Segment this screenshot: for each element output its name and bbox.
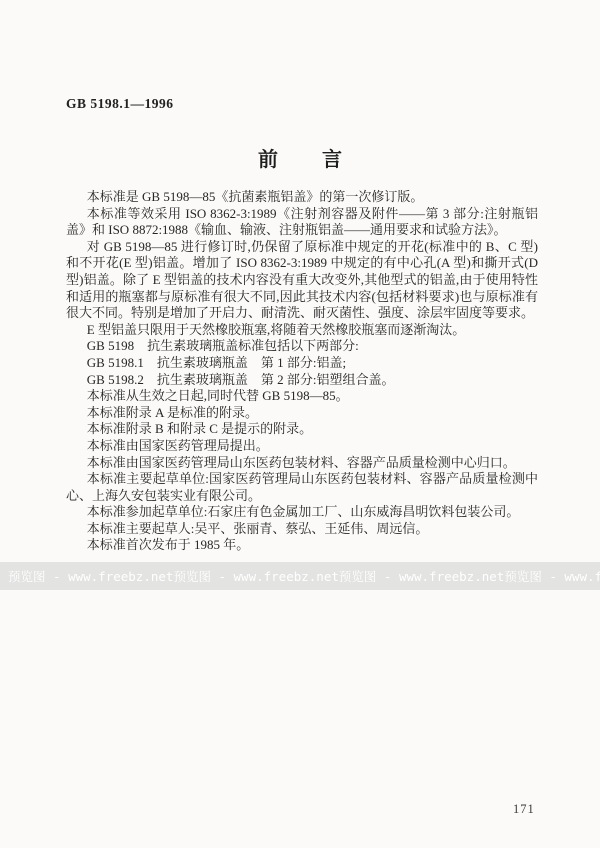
page-title: 前言 [0,143,600,172]
foreword-paragraph: 本标准附录 B 和附录 C 是提示的附录。 [66,421,538,438]
foreword-paragraph: 对 GB 5198—85 进行修订时,仍保留了原标准中规定的开花(标准中的 B、… [66,239,538,322]
foreword-paragraph: 本标准主要起草人:吴平、张丽青、蔡弘、王延伟、周远信。 [66,521,538,538]
foreword-paragraph: E 型铝盖只限用于天然橡胶瓶塞,将随着天然橡胶瓶塞而逐渐淘汰。 [66,322,538,339]
watermark-text: 预览图 - www.freebz.net [8,567,173,585]
foreword-paragraph: 本标准主要起草单位:国家医药管理局山东医药包装材料、容器产品质量检测中心、上海久… [66,471,538,504]
foreword-paragraph: 本标准首次发布于 1985 年。 [66,537,538,554]
watermark-text: 预览图 - www.freebz.net [504,567,600,585]
foreword-paragraph: 本标准由国家医药管理局山东医药包装材料、容器产品质量检测中心归口。 [66,455,538,472]
foreword-body: 本标准是 GB 5198—85《抗菌素瓶铝盖》的第一次修订版。 本标准等效采用 … [66,189,538,554]
foreword-paragraph: GB 5198.1 抗生素玻璃瓶盖 第 1 部分:铝盖; [66,355,538,372]
page-number: 171 [513,802,535,817]
foreword-paragraph: GB 5198.2 抗生素玻璃瓶盖 第 2 部分:铝塑组合盖。 [66,372,538,389]
foreword-paragraph: 本标准是 GB 5198—85《抗菌素瓶铝盖》的第一次修订版。 [66,189,538,206]
foreword-paragraph: 本标准参加起草单位:石家庄有色金属加工厂、山东威海昌明饮料包装公司。 [66,504,538,521]
watermark-text: 预览图 - www.freebz.net [339,567,504,585]
scanned-document-page: GB 5198.1—1996 前言 本标准是 GB 5198—85《抗菌素瓶铝盖… [0,0,600,848]
page-title-text: 前言 [258,149,386,171]
foreword-paragraph: 本标准等效采用 ISO 8362-3:1989《注射剂容器及附件——第 3 部分… [66,206,538,239]
foreword-paragraph: 本标准附录 A 是标准的附录。 [66,405,538,422]
foreword-paragraph: GB 5198 抗生素玻璃瓶盖标准包括以下两部分: [66,338,538,355]
foreword-paragraph: 本标准从生效之日起,同时代替 GB 5198—85。 [66,388,538,405]
standard-code: GB 5198.1—1996 [66,96,174,112]
foreword-paragraph: 本标准由国家医药管理局提出。 [66,438,538,455]
watermark-band: 预览图 - www.freebz.net 预览图 - www.freebz.ne… [0,562,600,590]
watermark-text: 预览图 - www.freebz.net [173,567,338,585]
